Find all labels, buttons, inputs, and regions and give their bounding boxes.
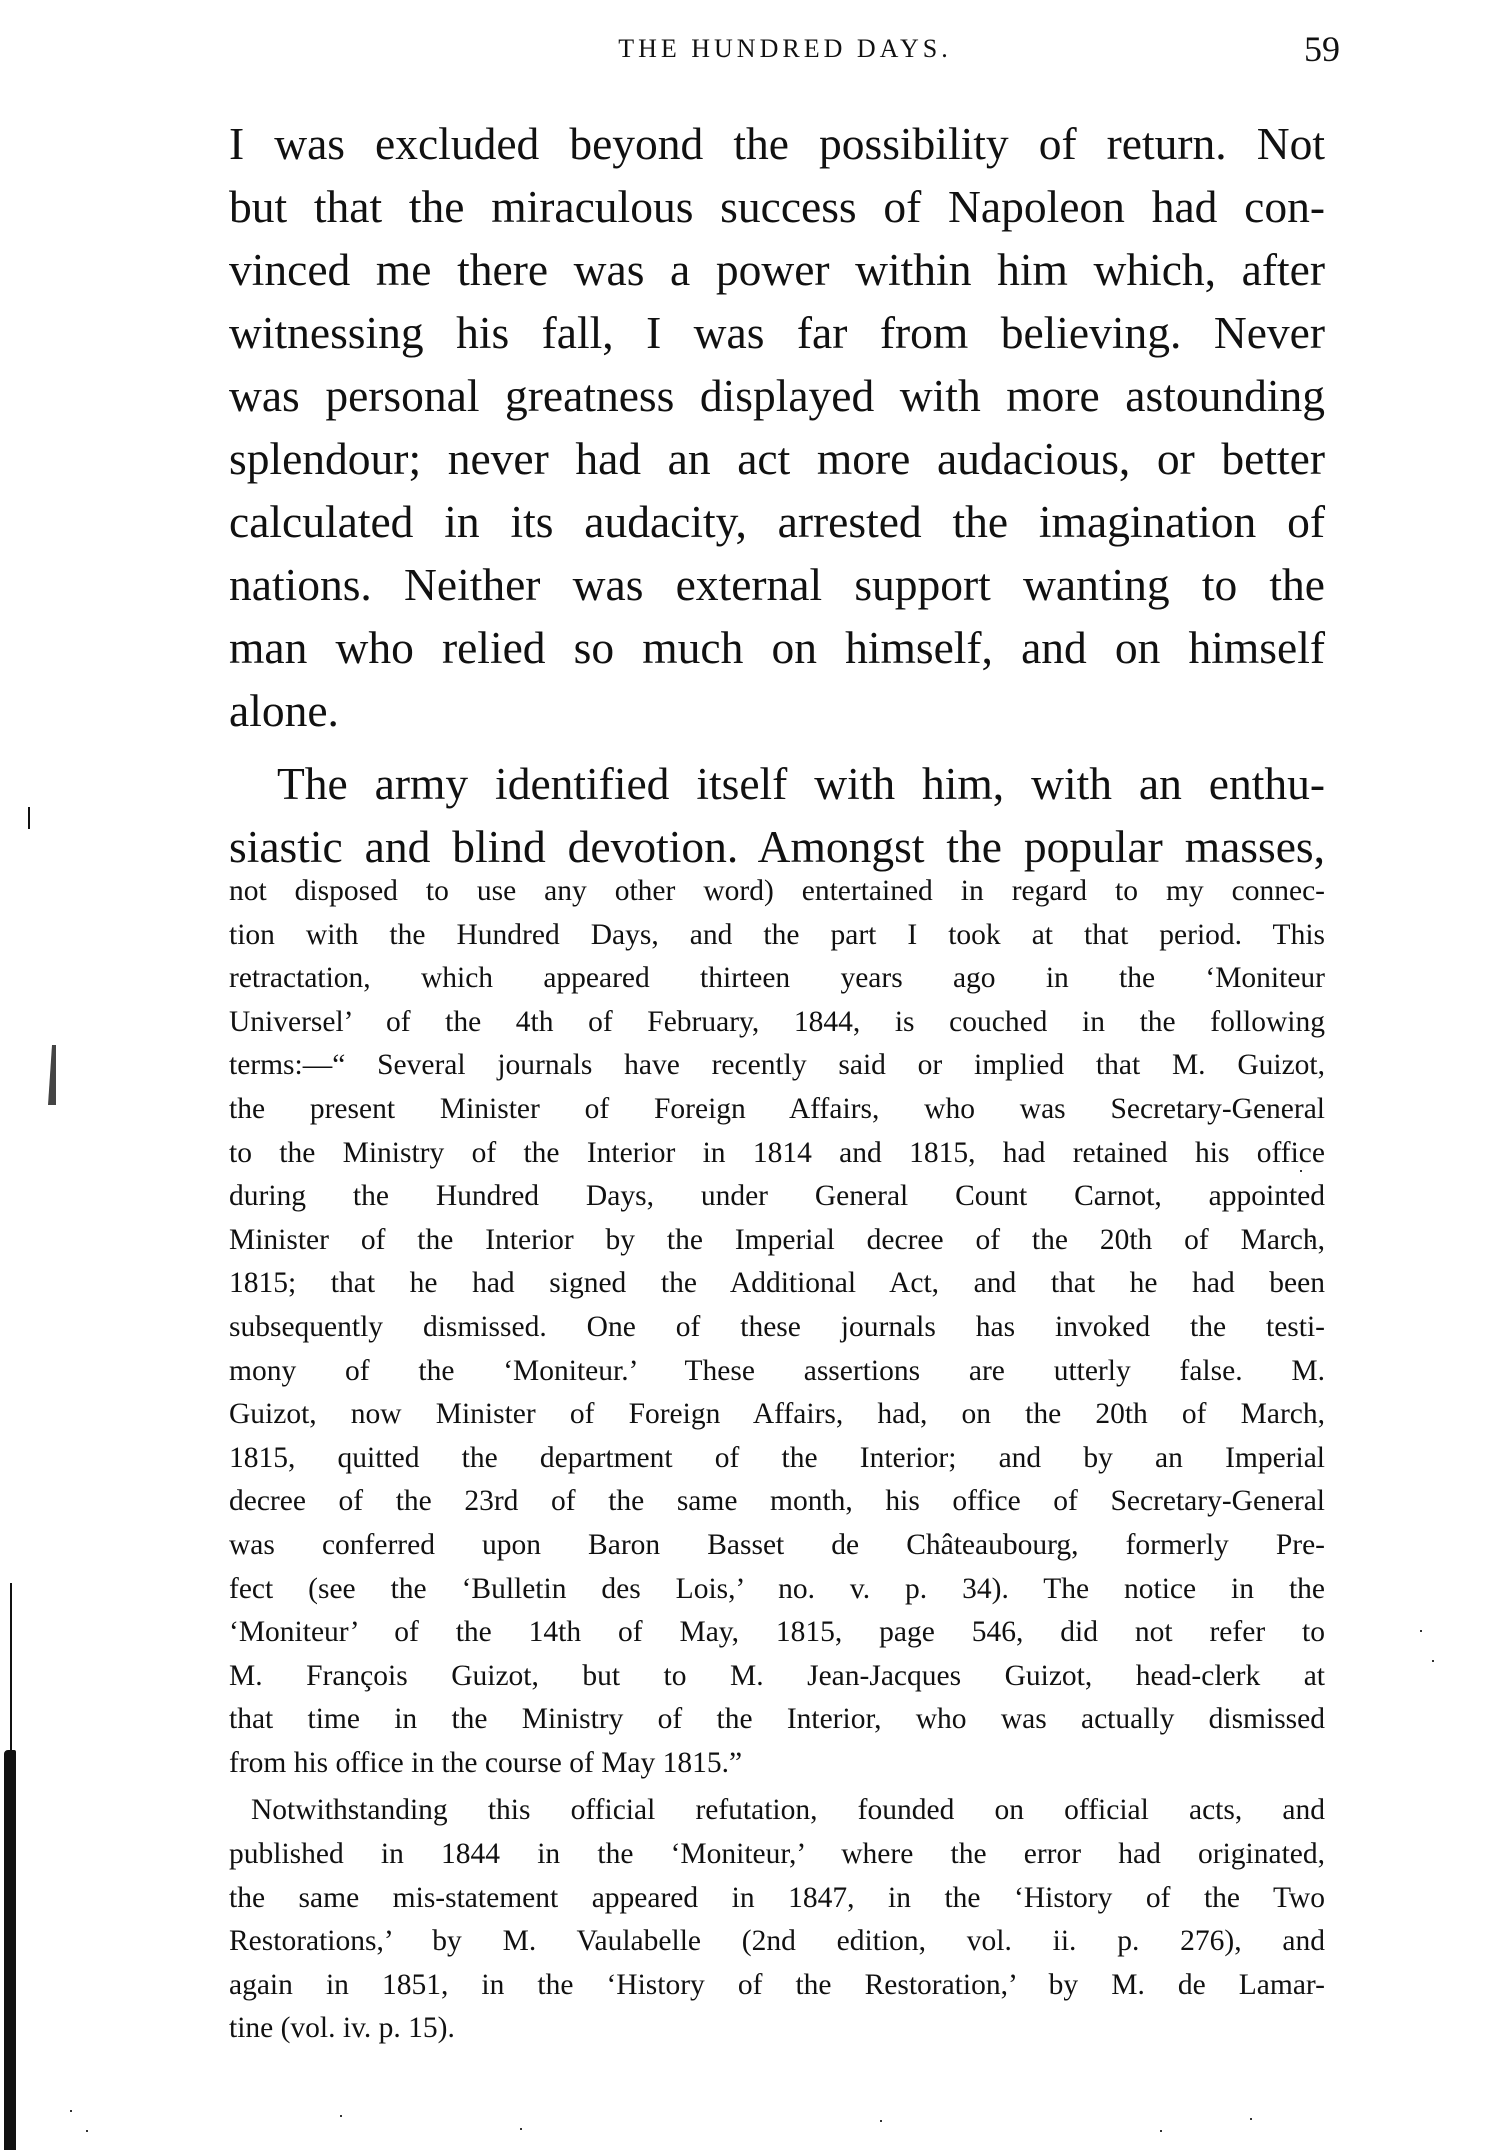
footnote-line: Notwithstanding this official refutation… — [229, 1789, 1325, 1833]
scan-speckle — [520, 2128, 522, 2130]
footnote-line: during the Hundred Days, under General C… — [229, 1175, 1325, 1219]
running-head: THE HUNDRED DAYS. 59 — [230, 28, 1340, 68]
text-line: witnessing his fall, I was far from beli… — [229, 301, 1325, 364]
footnote-line: decree of the 23rd of the same month, hi… — [229, 1480, 1325, 1524]
main-text: I was excluded beyond the possibility of… — [229, 112, 1325, 878]
book-page: THE HUNDRED DAYS. 59 I was excluded beyo… — [0, 0, 1503, 2154]
paragraph-gap — [229, 742, 1325, 752]
footnote-line: the present Minister of Foreign Affairs,… — [229, 1088, 1325, 1132]
footnote-line: from his office in the course of May 181… — [229, 1742, 1325, 1786]
footnote-line: 1815; that he had signed the Additional … — [229, 1262, 1325, 1306]
footnote-line: terms:—“ Several journals have recently … — [229, 1044, 1325, 1088]
paragraph: I was excluded beyond the possibility of… — [229, 112, 1325, 742]
text-line: alone. — [229, 679, 1325, 742]
scan-speckle — [1160, 2130, 1162, 2132]
footnote-line: 1815, quitted the department of the Inte… — [229, 1437, 1325, 1481]
text-line: was personal greatness displayed with mo… — [229, 364, 1325, 427]
scan-speckle — [1432, 1660, 1434, 1662]
text-line: man who relied so much on himself, and o… — [229, 616, 1325, 679]
text-line: I was excluded beyond the possibility of… — [229, 112, 1325, 175]
footnote-line: the same mis-statement appeared in 1847,… — [229, 1877, 1325, 1921]
footnote: not disposed to use any other word) ente… — [229, 870, 1325, 2051]
scan-speckle — [70, 2110, 72, 2112]
footnote-line: Restorations,’ by M. Vaulabelle (2nd edi… — [229, 1920, 1325, 1964]
footnote-line: M. François Guizot, but to M. Jean-Jacqu… — [229, 1655, 1325, 1699]
scan-artifact-binding-edge — [4, 1750, 16, 2150]
footnote-line: Guizot, now Minister of Foreign Affairs,… — [229, 1393, 1325, 1437]
footnote-line: was conferred upon Baron Basset de Châte… — [229, 1524, 1325, 1568]
footnote-line: to the Ministry of the Interior in 1814 … — [229, 1132, 1325, 1176]
scan-speckle — [340, 2115, 342, 2117]
footnote-line: tion with the Hundred Days, and the part… — [229, 914, 1325, 958]
text-line: splendour; never had an act more audacio… — [229, 427, 1325, 490]
footnote-line: published in 1844 in the ‘Moniteur,’ whe… — [229, 1833, 1325, 1877]
footnote-line: ‘Moniteur’ of the 14th of May, 1815, pag… — [229, 1611, 1325, 1655]
scan-speckle — [880, 2120, 882, 2122]
footnote-line: retractation, which appeared thirteen ye… — [229, 957, 1325, 1001]
running-title: THE HUNDRED DAYS. — [230, 34, 1340, 64]
footnote-paragraph: Notwithstanding this official refutation… — [229, 1789, 1325, 2051]
scan-artifact-smudge — [48, 1045, 56, 1105]
footnote-line: that time in the Ministry of the Interio… — [229, 1698, 1325, 1742]
text-line: calculated in its audacity, arrested the… — [229, 490, 1325, 553]
footnote-line: Minister of the Interior by the Imperial… — [229, 1219, 1325, 1263]
text-line: The army identified itself with him, wit… — [229, 752, 1325, 815]
scan-speckle — [1250, 2118, 1252, 2120]
scan-speckle — [1310, 1240, 1312, 1242]
scan-speckle — [1420, 1630, 1422, 1632]
footnote-line: again in 1851, in the ‘History of the Re… — [229, 1964, 1325, 2008]
scan-speckle — [86, 2130, 88, 2132]
footnote-line: tine (vol. iv. p. 15). — [229, 2007, 1325, 2051]
page-number: 59 — [1304, 28, 1340, 70]
footnote-line: Universel’ of the 4th of February, 1844,… — [229, 1001, 1325, 1045]
footnote-line: not disposed to use any other word) ente… — [229, 870, 1325, 914]
text-line: siastic and blind devotion. Amongst the … — [229, 815, 1325, 878]
scan-speckle — [1300, 1170, 1302, 1172]
footnote-line: mony of the ‘Moniteur.’ These assertions… — [229, 1350, 1325, 1394]
text-line: vinced me there was a power within him w… — [229, 238, 1325, 301]
footnote-line: subsequently dismissed. One of these jou… — [229, 1306, 1325, 1350]
scan-artifact-mark — [28, 807, 30, 829]
footnote-line: fect (see the ‘Bulletin des Lois,’ no. v… — [229, 1568, 1325, 1612]
paragraph: The army identified itself with him, wit… — [229, 752, 1325, 878]
footnote-paragraph: not disposed to use any other word) ente… — [229, 870, 1325, 1785]
text-line: nations. Neither was external support wa… — [229, 553, 1325, 616]
text-line: but that the miraculous success of Napol… — [229, 175, 1325, 238]
scan-artifact-binding-line — [10, 1583, 12, 1753]
